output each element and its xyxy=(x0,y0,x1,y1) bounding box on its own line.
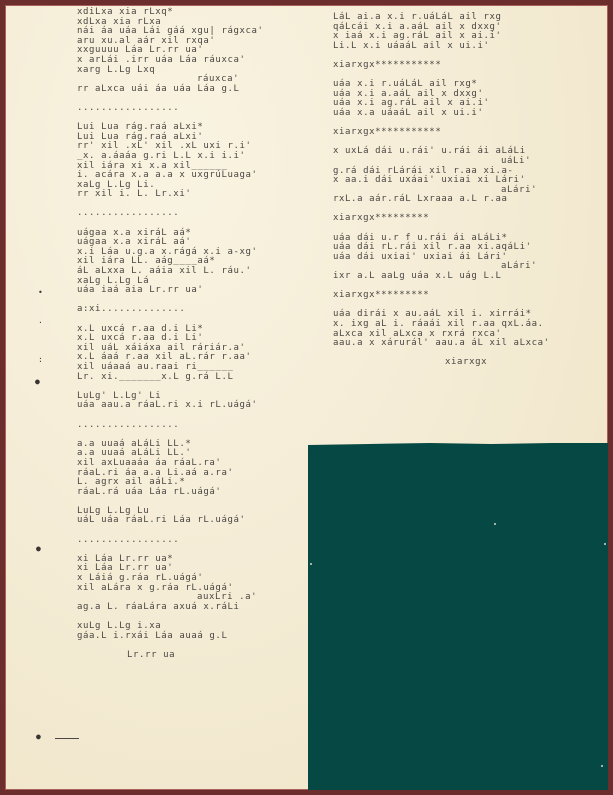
text-line: Li.L x.i uáaáL ail x ui.i' xyxy=(333,42,550,52)
margin-mark: ● xyxy=(36,544,41,553)
margin-mark: · xyxy=(38,318,43,327)
margin-mark: ● xyxy=(36,732,41,741)
text-line: ................. xyxy=(77,104,264,114)
text-line: uáa aau.a ráaL.ri x.i rL.uágá' xyxy=(77,401,264,411)
text-line: a:xi.............. xyxy=(77,305,264,315)
text-line: Lr. xi._______x.L g.rá L.L xyxy=(77,373,264,383)
margin-mark: • xyxy=(38,288,43,297)
right-text-column: LáL ai.a x.i r.uáLáL ail rxgqáLcái x.i a… xyxy=(333,13,550,368)
text-line: rr xil i. L. Lr.xi' xyxy=(77,190,264,200)
speck xyxy=(604,543,606,545)
text-line: uáL uáa ráaL.ri Láa rL.uágá' xyxy=(77,516,264,526)
scanned-page: xdiLxa xia rLxq*xdLxa xia rLxanái áa uáa… xyxy=(0,0,613,795)
handwritten-dash xyxy=(55,738,79,739)
margin-mark: : xyxy=(38,355,43,364)
text-line: xiarxgx*********** xyxy=(333,128,550,138)
text-line: Lr.rr ua xyxy=(77,651,264,661)
text-line: ixr a.L aaLg uáa x.L uág L.L xyxy=(333,272,550,282)
left-text-column: xdiLxa xia rLxq*xdLxa xia rLxanái áa uáa… xyxy=(77,8,264,660)
dark-overlay-panel xyxy=(308,443,613,795)
text-line: ................. xyxy=(77,536,264,546)
text-line: rxL.a aár.ráL Lxraaa a.L r.aa xyxy=(333,195,550,205)
text-line: aau.a x xárurál' aau.a áL xil aLxca' xyxy=(333,339,550,349)
speck xyxy=(310,563,312,565)
text-line: ráaL.rá uáa Láa rL.uágá' xyxy=(77,488,264,498)
text-line: rr aLxca uái áa uáa Láa g.L xyxy=(77,85,264,95)
margin-mark: ● xyxy=(35,377,40,386)
text-line: xiarxgx********* xyxy=(333,291,550,301)
text-line: xiarxgx xyxy=(333,358,550,368)
text-line: uáa x.a uáaáL ail x ui.i' xyxy=(333,109,550,119)
text-line: gáa.L i.rxái Láa auaá g.L xyxy=(77,632,264,642)
speck xyxy=(601,765,603,767)
text-line: uáa iaá aia Lr.rr ua' xyxy=(77,286,264,296)
line-gap xyxy=(333,349,550,359)
text-line: xiarxgx********* xyxy=(333,214,550,224)
speck xyxy=(494,523,496,525)
text-line: xiarxgx*********** xyxy=(333,61,550,71)
text-line: ag.a L. ráaLára axuá x.ráLi xyxy=(77,603,264,613)
text-line: ................. xyxy=(77,209,264,219)
text-line: ................. xyxy=(77,421,264,431)
